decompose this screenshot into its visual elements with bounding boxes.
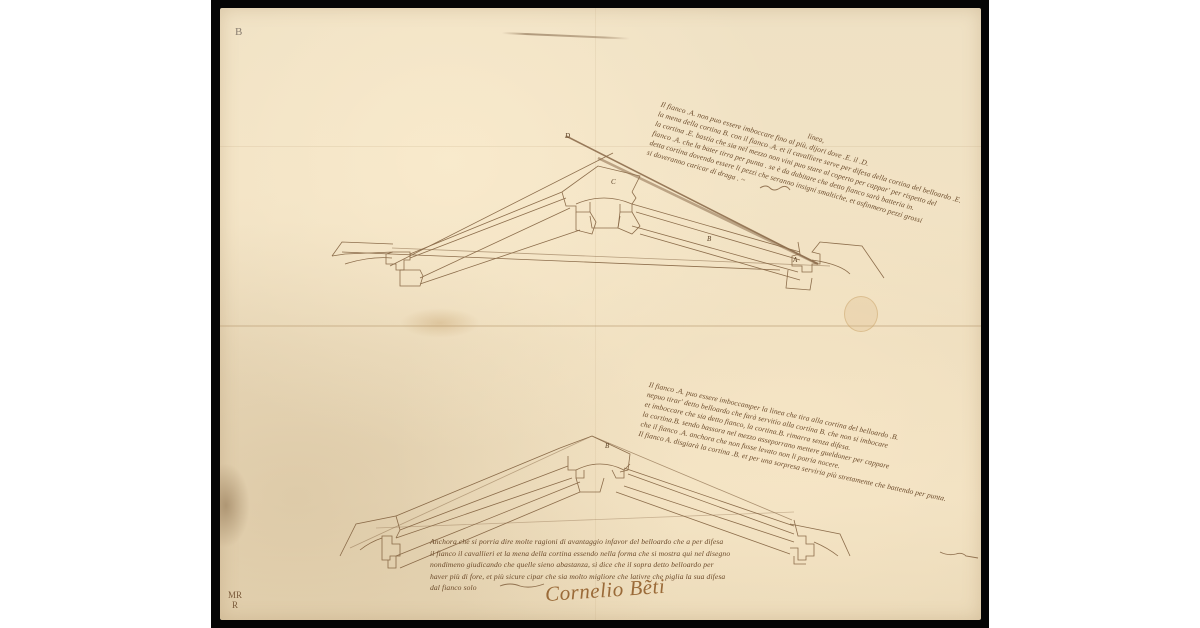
bottom-paragraph-line: il fianco il cavallieri et la mena della…	[430, 548, 730, 560]
collection-stamp-line: MR	[228, 590, 242, 600]
drawing-label-b: B	[707, 235, 711, 243]
manuscript-sheet: B	[220, 8, 981, 620]
drawing-label-c: C	[611, 178, 616, 186]
drawing-label-b-bottom: B	[605, 442, 609, 450]
fortification-drawings	[220, 8, 981, 620]
collection-stamp: MR R	[228, 590, 242, 610]
drawing-label-d: D	[565, 132, 570, 140]
collection-stamp-line: R	[228, 600, 242, 610]
bottom-paragraph-line: Anchora che si porria dire molte ragioni…	[430, 536, 730, 548]
bottom-paragraph-line: nondimeno giudicando che quelle sieno ab…	[430, 559, 730, 571]
drawing-label-a: A	[793, 256, 797, 264]
